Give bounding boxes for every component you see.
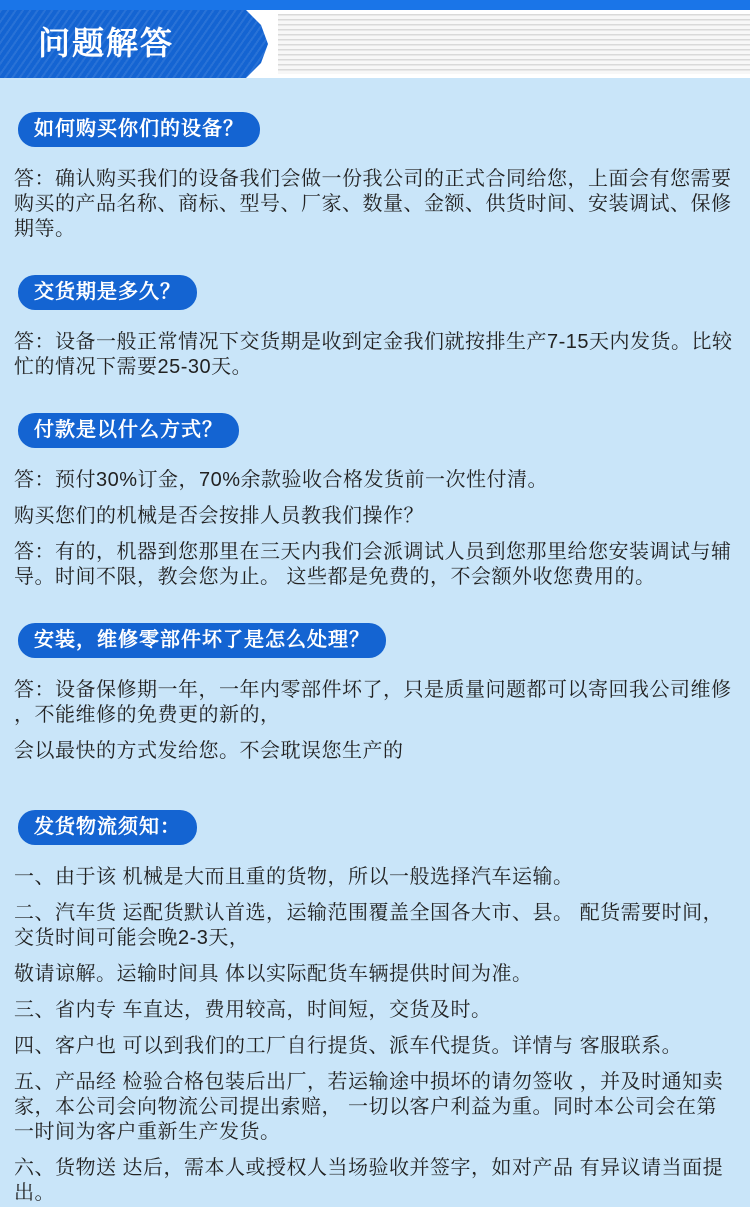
answer-paragraph: 答：确认购买我们的设备我们会做一份我公司的正式合同给您，上面会有您需要购买的产品…	[14, 167, 736, 242]
page-header: 问题解答	[0, 0, 750, 78]
answer-paragraph: 会以最快的方式发给您。不会耽误您生产的	[14, 739, 736, 764]
top-accent-bar	[0, 0, 750, 10]
qa-section-payment-method: 付款是以什么方式？ 答：预付30%订金，70%余款验收合格发货前一次性付清。 购…	[14, 413, 736, 590]
notice-item: 六、货物送 达后，需本人或授权人当场验收并签字，如对产品 有异议请当面提出。	[14, 1156, 736, 1206]
page-title: 问题解答	[0, 10, 268, 76]
notice-item: 敬请谅解。运输时间具 体以实际配货车辆提供时间为准。	[14, 962, 736, 987]
title-banner: 问题解答	[0, 10, 750, 78]
answer-paragraph: 答：预付30%订金，70%余款验收合格发货前一次性付清。	[14, 468, 736, 493]
notice-item: 二、汽车货 运配货默认首选，运输范围覆盖全国各大市、县。 配货需要时间，交货时间…	[14, 901, 736, 951]
pinstripe-decoration	[278, 14, 750, 74]
qa-section-how-to-buy: 如何购买你们的设备？ 答：确认购买我们的设备我们会做一份我公司的正式合同给您，上…	[14, 112, 736, 242]
question-badge: 付款是以什么方式？	[18, 413, 239, 448]
question-badge: 安装，维修零部件坏了是怎么处理？	[18, 623, 386, 658]
answer-paragraph: 答：设备一般正常情况下交货期是收到定金我们就按排生产7-15天内发货。比较忙的情…	[14, 330, 736, 380]
notice-item: 三、省内专 车直达，费用较高，时间短，交货及时。	[14, 998, 736, 1023]
qa-section-delivery-time: 交货期是多久？ 答：设备一般正常情况下交货期是收到定金我们就按排生产7-15天内…	[14, 275, 736, 380]
faq-content: 如何购买你们的设备？ 答：确认购买我们的设备我们会做一份我公司的正式合同给您，上…	[0, 78, 750, 1207]
notice-item: 一、由于该 机械是大而且重的货物，所以一般选择汽车运输。	[14, 865, 736, 890]
qa-section-shipping-notice: 发货物流须知： 一、由于该 机械是大而且重的货物，所以一般选择汽车运输。 二、汽…	[14, 810, 736, 1206]
followup-question-text: 购买您们的机械是否会按排人员教我们操作？	[14, 504, 736, 529]
question-badge: 交货期是多久？	[18, 275, 197, 310]
question-badge: 发货物流须知：	[18, 810, 197, 845]
notice-item: 五、产品经 检验合格包装后出厂，若运输途中损坏的请勿签收 ，并及时通知卖家，本公…	[14, 1070, 736, 1145]
qa-section-repair-policy: 安装，维修零部件坏了是怎么处理？ 答：设备保修期一年，一年内零部件坏了，只是质量…	[14, 623, 736, 764]
answer-paragraph: 答：有的，机器到您那里在三天内我们会派调试人员到您那里给您安装调试与辅导。时间不…	[14, 540, 736, 590]
answer-paragraph: 答：设备保修期一年，一年内零部件坏了，只是质量问题都可以寄回我公司维修 ，不能维…	[14, 678, 736, 728]
title-ribbon: 问题解答	[0, 10, 268, 78]
question-badge: 如何购买你们的设备？	[18, 112, 260, 147]
notice-item: 四、客户也 可以到我们的工厂自行提货、派车代提货。详情与 客服联系。	[14, 1034, 736, 1059]
